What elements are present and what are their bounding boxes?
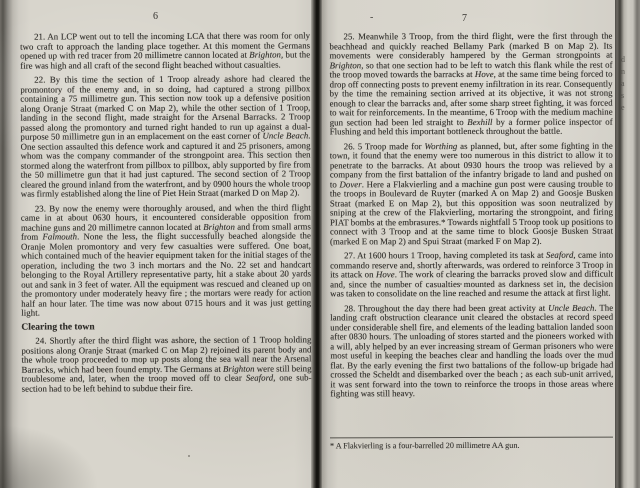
edge-glyph: d	[621, 56, 631, 64]
edge-glyph: a	[621, 80, 631, 88]
paragraph: 24. Shortly after the third flight was a…	[21, 335, 311, 393]
edge-glyph: e	[621, 104, 631, 112]
paragraph: 22. By this time the section of 1 Troop …	[20, 74, 311, 199]
page-7-text: 25. Meanwhile 3 Troop, from the third fl…	[329, 32, 613, 437]
paragraph: 25. Meanwhile 3 Troop, from the third fl…	[329, 32, 612, 137]
section-heading: Clearing the town	[21, 322, 311, 333]
footnote: * A Flakvierling is a four-barrelled 20 …	[330, 437, 613, 451]
paragraph: 21. An LCP went out to tell the incoming…	[20, 31, 310, 70]
paragraph: 27. At 1600 hours 1 Troop, having comple…	[330, 251, 613, 299]
paragraph: 23. By now the enemy were thoroughly aro…	[21, 203, 311, 318]
page-number-right: 7	[462, 13, 468, 24]
edge-glyph: n	[621, 68, 631, 76]
paragraph: 26. 5 Troop made for Worthing as planned…	[330, 141, 613, 246]
paper-speck	[460, 283, 462, 285]
header-mark: -	[370, 12, 373, 23]
paper-speck	[283, 274, 285, 276]
book-scan: dnase 6 - 7 21. An LCP went out to tell …	[0, 0, 640, 488]
edge-glyph: s	[621, 92, 631, 100]
paragraph: 28. Throughout the day there had been gr…	[330, 303, 613, 399]
page-number-left: 6	[153, 11, 159, 22]
page-6-text: 21. An LCP went out to tell the incoming…	[20, 31, 312, 456]
page-edge-right: dnase	[615, 0, 640, 488]
paper-speck	[188, 455, 190, 457]
